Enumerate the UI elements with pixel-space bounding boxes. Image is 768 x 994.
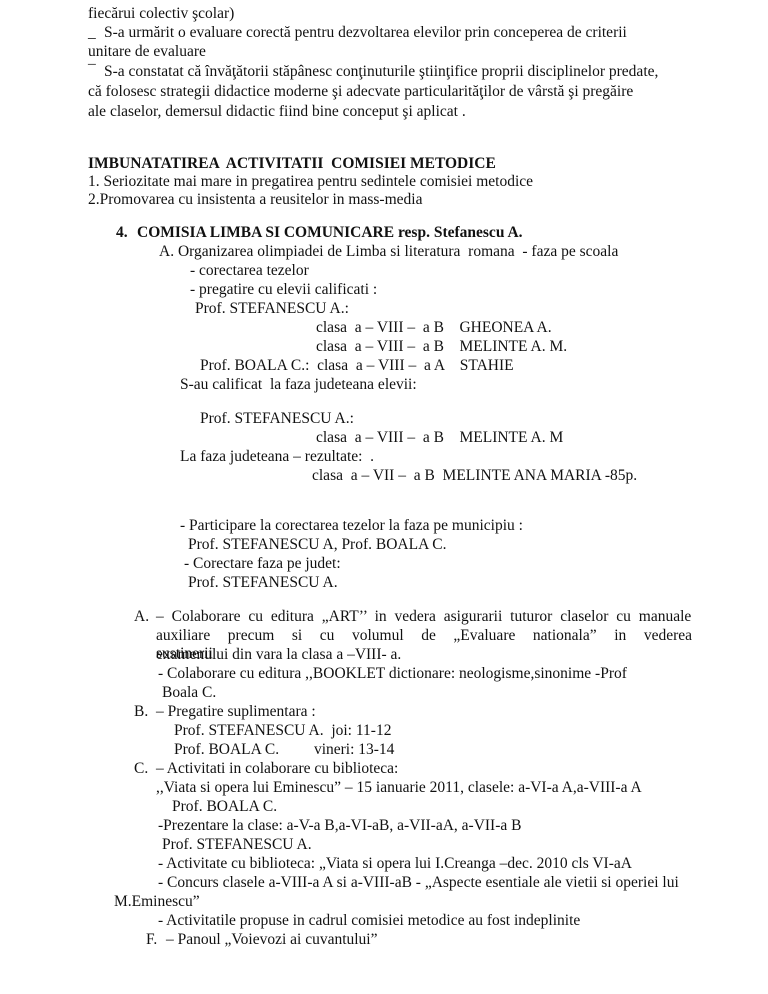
bullet-marker: ¯ [88,63,96,81]
item-c-line: ,,Viata si opera lui Eminescu” – 15 ianu… [156,779,642,797]
student-entry: clasa a – VIII – a B GHEONEA A. [316,319,552,337]
item-b-heading: – Pregatire suplimentara : [156,703,316,721]
list-marker-f: F. [146,931,157,949]
item-a-sub: Boala C. [162,684,216,702]
intro-line: fiecărui colectiv şcolar) [88,5,234,23]
item-a-line: – Colaborare cu editura „ART’’ in vedera… [156,608,692,626]
teacher-name: Prof. STEFANESCU A.: [195,300,349,318]
item-f-text: – Panoul „Voievozi ai cuvantului” [166,931,378,949]
item-c-line: - Concurs clasele a-VIII-a A si a-VIII-a… [158,874,679,892]
item-c-heading: – Activitati in colaborare cu biblioteca… [156,760,398,778]
improvement-item: 2.Promovarea cu insistenta a reusitelor … [88,191,422,209]
result-entry: clasa a – VII – a B MELINTE ANA MARIA -8… [312,467,637,485]
olympiad-task: - pregatire cu elevii calificati : [190,281,377,299]
county-teacher: Prof. STEFANESCU A. [188,574,338,592]
item-b-schedule: Prof. BOALA C. vineri: 13-14 [174,741,394,759]
olympiad-task: - corectarea tezelor [190,262,309,280]
improvement-item: 1. Seriozitate mai mare in pregatirea pe… [88,173,533,191]
bullet-text: S-a constatat că învăţătorii stăpânesc c… [104,63,658,81]
item-c-line: M.Eminescu” [114,893,200,911]
municipal-teachers: Prof. STEFANESCU A, Prof. BOALA C. [188,536,447,554]
document-page: fiecărui colectiv şcolar) _ S-a urmărit … [0,0,768,994]
item-c-line: -Prezentare la clase: a-V-a B,a-VI-aB, a… [158,817,521,835]
qualified-heading: S-au calificat la faza judeteana elevii: [180,376,417,394]
section-title: COMISIA LIMBA SI COMUNICARE resp. Stefan… [137,224,523,242]
teacher-name: Prof. STEFANESCU A.: [200,410,354,428]
item-c-line: Prof. STEFANESCU A. [162,836,312,854]
section-number: 4. [116,224,128,242]
olympiad-heading: A. Organizarea olimpiadei de Limba si li… [159,243,618,261]
list-marker-a: A. [134,608,149,626]
student-entry: clasa a – VIII – a B MELINTE A. M. [316,338,567,356]
bullet-marker: _ [88,24,96,42]
bullet-text-continued: ale claselor, demersul didactic fiind bi… [88,103,466,121]
item-c-line: - Activitate cu biblioteca: „Viata si op… [158,855,632,873]
improvement-heading: IMBUNATATIREA ACTIVITATII COMISIEI METOD… [88,155,496,173]
item-c-line: Prof. BOALA C. [172,798,277,816]
results-heading: La faza judeteana – rezultate: . [180,448,374,466]
bullet-text: S-a urmărit o evaluare corectă pentru de… [104,24,627,42]
item-b-schedule: Prof. STEFANESCU A. joi: 11-12 [174,722,391,740]
teacher-student-entry: Prof. BOALA C.: clasa a – VIII – a A STA… [200,357,514,375]
bullet-text-continued: că folosesc strategii didactice moderne … [88,83,633,101]
list-marker-c: C. [134,760,148,778]
item-a-sub: - Colaborare cu editura ,,BOOKLET dictio… [158,665,627,683]
item-c-line: - Activitatile propuse in cadrul comisie… [158,912,580,930]
item-a-line: examenului din vara la clasa a –VIII- a. [156,646,401,664]
county-heading: - Corectare faza pe judet: [184,555,341,573]
student-entry: clasa a – VIII – a B MELINTE A. M [316,429,563,447]
list-marker-b: B. [134,703,148,721]
bullet-text-continued: unitare de evaluare [88,43,206,61]
municipal-heading: - Participare la corectarea tezelor la f… [180,517,523,535]
